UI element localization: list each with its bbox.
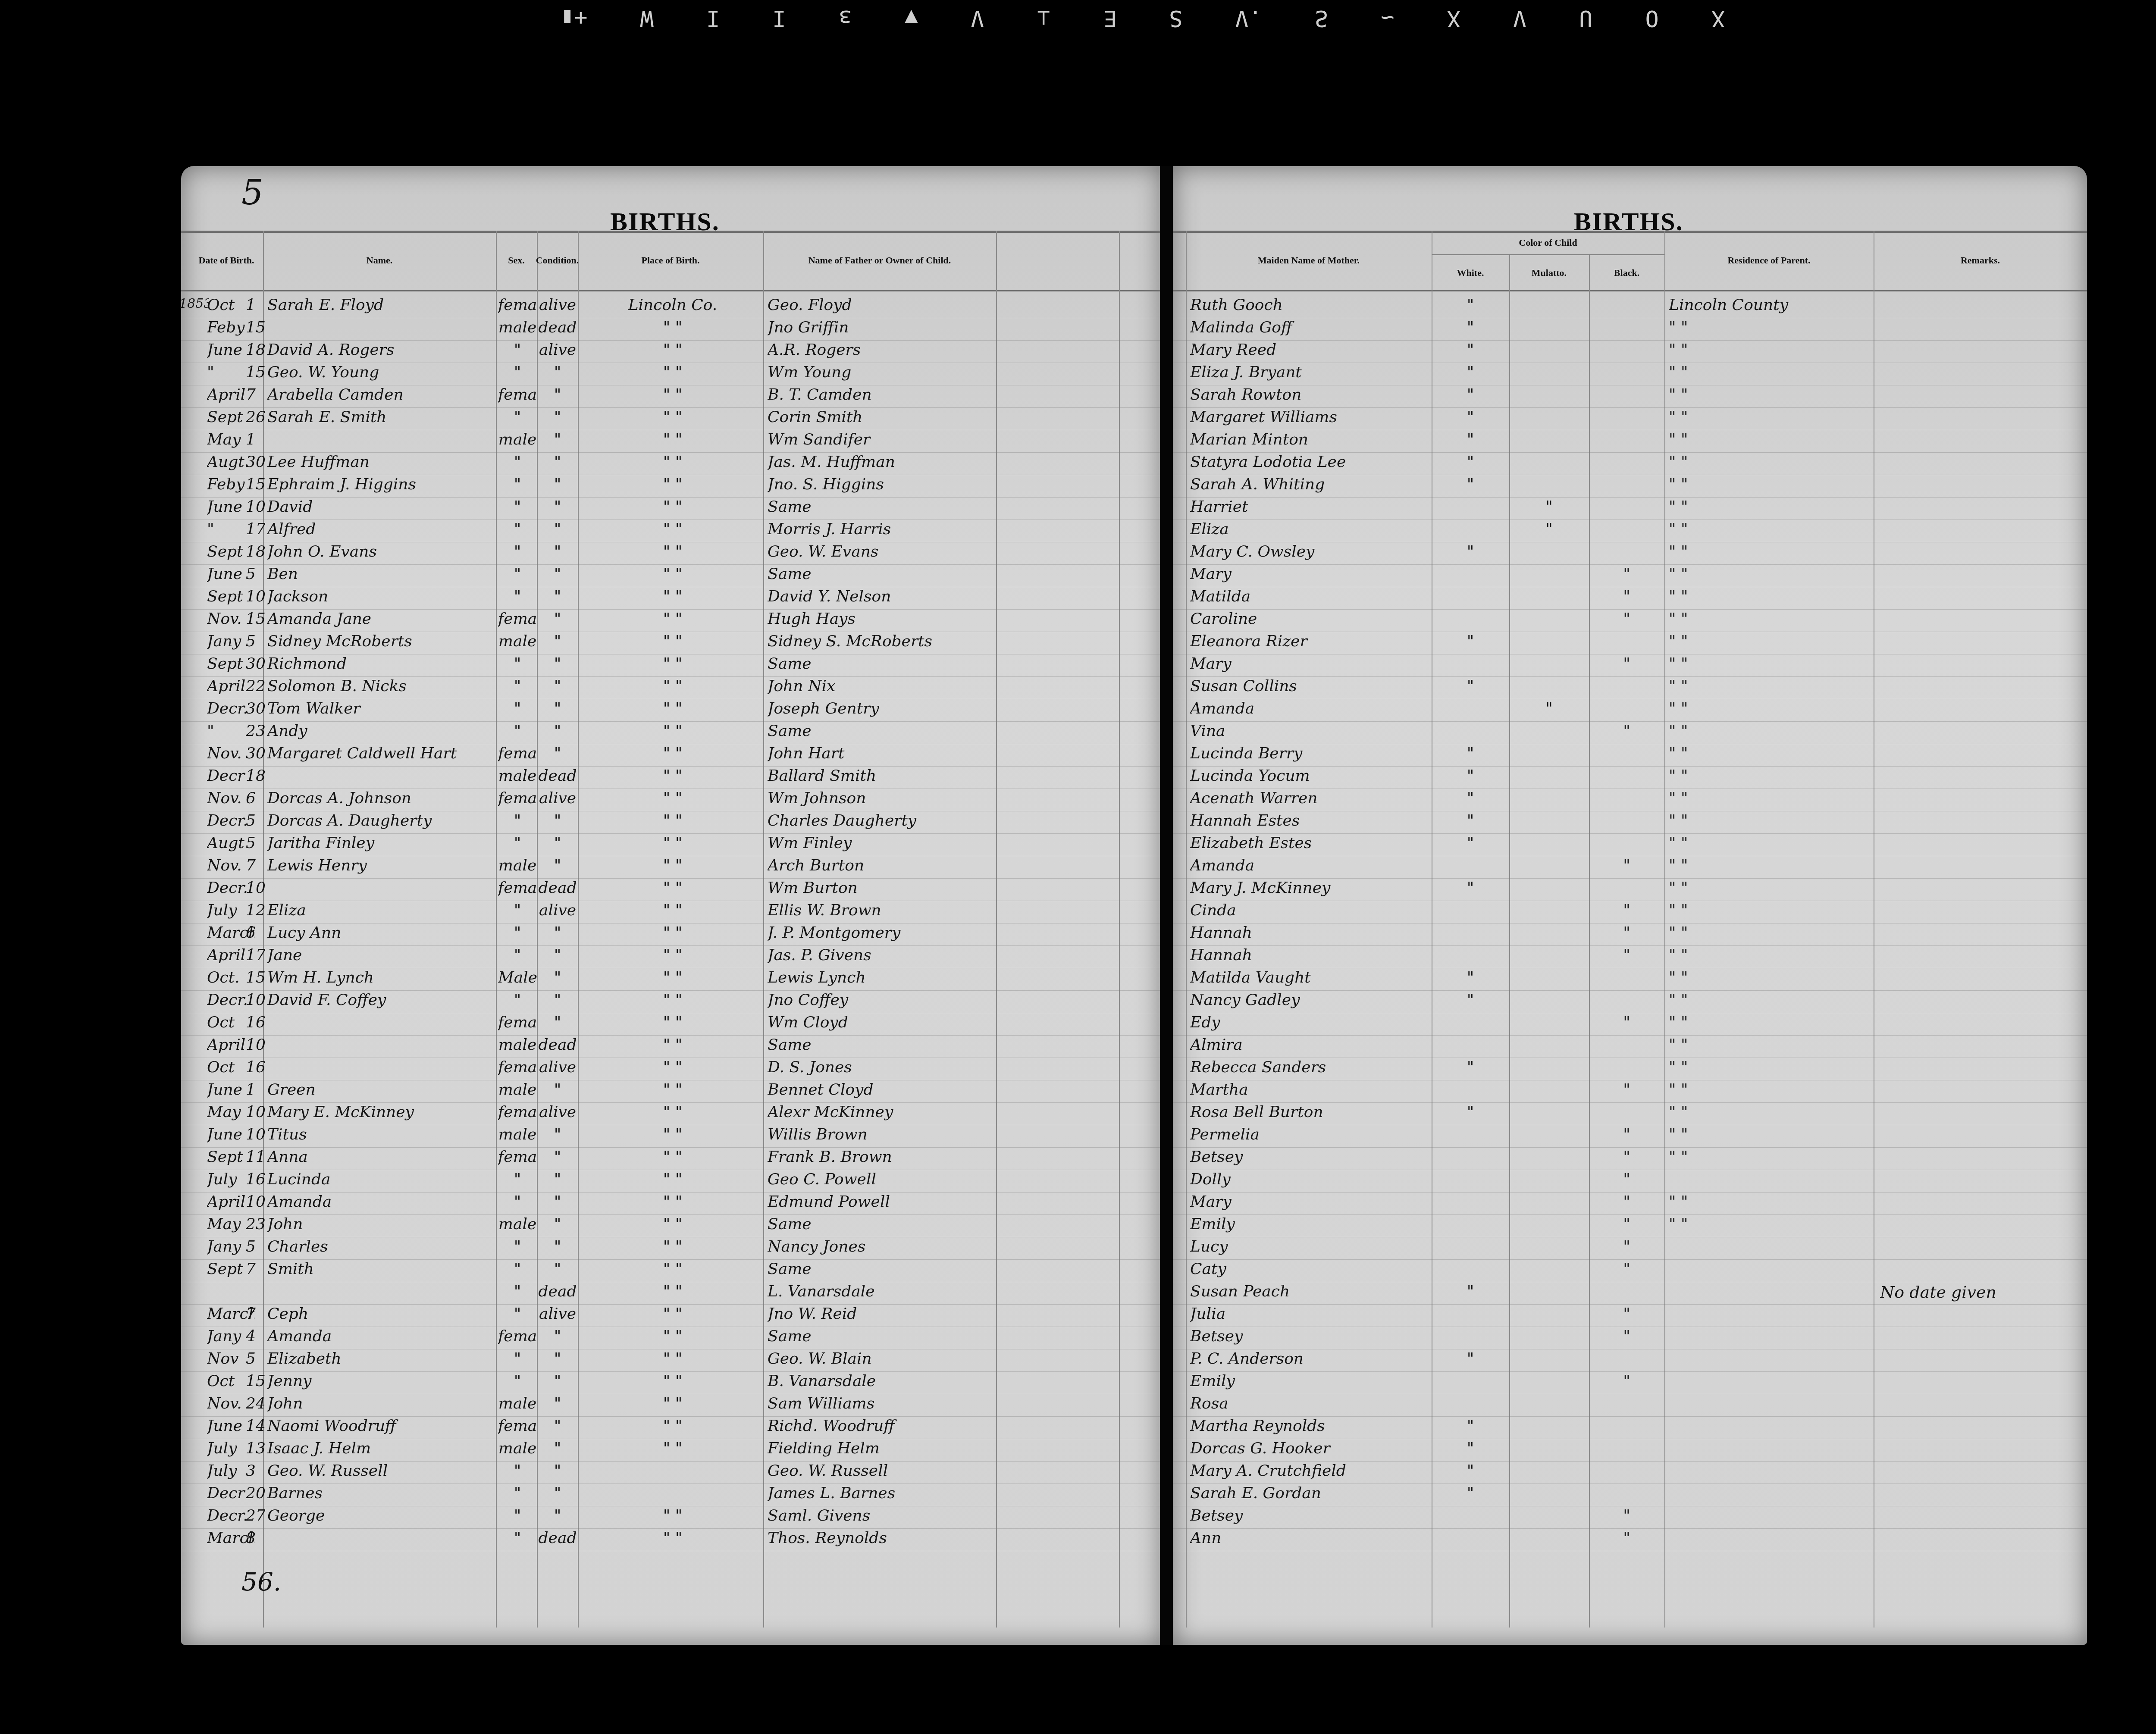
parent-residence: " " xyxy=(1669,834,1871,852)
color-black: " xyxy=(1589,565,1664,583)
color-black: " xyxy=(1589,588,1664,605)
child-sex: " xyxy=(498,655,537,673)
register-row: Hannah"" " xyxy=(1173,945,2087,968)
birth-day: 15 xyxy=(246,363,265,381)
birth-day: 10 xyxy=(246,879,265,897)
register-row: Caroline"" " xyxy=(1173,609,2087,632)
register-row: 1853Oct1Sarah E. FloydfemalealiveLincoln… xyxy=(181,295,1162,318)
parent-residence: " " xyxy=(1669,1126,1871,1143)
register-row: Amanda"" " xyxy=(1173,856,2087,879)
child-name: Smith xyxy=(267,1260,494,1278)
child-name: Wm H. Lynch xyxy=(267,969,494,986)
color-white: " xyxy=(1432,879,1509,897)
father-name: L. Vanarsdale xyxy=(768,1283,996,1300)
parent-residence: " " xyxy=(1669,498,1871,516)
register-row: Sept7Smith""" "Same xyxy=(181,1259,1162,1282)
child-condition: " xyxy=(538,565,577,583)
child-name: Ceph xyxy=(267,1305,494,1323)
register-row: June18David A. Rogers"alive" "A.R. Roger… xyxy=(181,340,1162,363)
register-row: Emily"" " xyxy=(1173,1214,2087,1237)
child-sex: " xyxy=(498,453,537,471)
register-row: Nov5Elizabeth""" "Geo. W. Blain xyxy=(181,1349,1162,1372)
birth-day: 7 xyxy=(246,386,265,404)
parent-residence: " " xyxy=(1669,341,1871,359)
father-name: John Nix xyxy=(768,677,996,695)
child-name: Titus xyxy=(267,1126,494,1143)
child-name: Richmond xyxy=(267,655,494,673)
father-name: Arch Burton xyxy=(768,857,996,874)
child-name: Margaret Caldwell Hart xyxy=(267,745,494,762)
mother-maiden-name: Martha Reynolds xyxy=(1190,1417,1432,1435)
register-row: Ann" xyxy=(1173,1528,2087,1551)
child-sex: " xyxy=(498,408,537,426)
birth-day: 17 xyxy=(246,520,265,538)
birth-day: 6 xyxy=(246,924,265,942)
register-row: Jany5Charles""" "Nancy Jones xyxy=(181,1237,1162,1260)
child-name: Jackson xyxy=(267,588,494,605)
child-condition: alive xyxy=(538,296,577,314)
parent-residence: " " xyxy=(1669,386,1871,404)
mother-maiden-name: Mary xyxy=(1190,565,1432,583)
child-name: Dorcas A. Johnson xyxy=(267,789,494,807)
register-row: June10Titusmale"" "Willis Brown xyxy=(181,1125,1162,1148)
child-sex: male xyxy=(498,431,537,448)
register-row: Sarah A. Whiting"" " xyxy=(1173,475,2087,498)
register-row: Dolly" xyxy=(1173,1170,2087,1193)
mother-maiden-name: Julia xyxy=(1190,1305,1432,1323)
mother-maiden-name: Eliza J. Bryant xyxy=(1190,363,1432,381)
film-mark-glyph: ~ xyxy=(1381,5,1394,31)
child-name: Dorcas A. Daugherty xyxy=(267,812,494,829)
mother-maiden-name: Mary xyxy=(1190,1193,1432,1211)
parent-residence: " " xyxy=(1669,476,1871,493)
register-row: Nancy Gadley"" " xyxy=(1173,990,2087,1013)
register-row: Rosa xyxy=(1173,1394,2087,1417)
child-sex: female xyxy=(498,386,537,404)
mother-maiden-name: Margaret Williams xyxy=(1190,408,1432,426)
register-row: March8"dead" "Thos. Reynolds xyxy=(181,1528,1162,1551)
color-white: " xyxy=(1432,812,1509,829)
mother-maiden-name: Nancy Gadley xyxy=(1190,991,1432,1009)
register-row: Almira" " xyxy=(1173,1035,2087,1058)
birth-place: " " xyxy=(586,453,759,471)
color-white: " xyxy=(1432,1058,1509,1076)
child-sex: " xyxy=(498,588,537,605)
mother-maiden-name: Susan Collins xyxy=(1190,677,1432,695)
child-name: Barnes xyxy=(267,1484,494,1502)
column-header-condition: Condition. xyxy=(537,231,578,290)
father-name: Lewis Lynch xyxy=(768,969,996,986)
register-row: Susan Collins"" " xyxy=(1173,676,2087,699)
birth-place: " " xyxy=(586,1126,759,1143)
parent-residence: " " xyxy=(1669,655,1871,673)
birth-place: " " xyxy=(586,1283,759,1300)
child-sex: female xyxy=(498,745,537,762)
birth-day: 5 xyxy=(246,632,265,650)
color-white: " xyxy=(1432,1350,1509,1368)
parent-residence: " " xyxy=(1669,1103,1871,1121)
child-sex: male xyxy=(498,1395,537,1412)
parent-residence: " " xyxy=(1669,543,1871,560)
register-row: Edy"" " xyxy=(1173,1013,2087,1036)
register-row: Hannah"" " xyxy=(1173,923,2087,946)
film-mark-glyph: W xyxy=(640,5,654,31)
child-name: Sarah E. Smith xyxy=(267,408,494,426)
father-name: Fielding Helm xyxy=(768,1440,996,1457)
child-name: Lucy Ann xyxy=(267,924,494,942)
child-name: David F. Coffey xyxy=(267,991,494,1009)
register-row: Decr18maledead" "Ballard Smith xyxy=(181,766,1162,789)
child-sex: " xyxy=(498,1529,537,1547)
color-white: " xyxy=(1432,386,1509,404)
child-sex: female xyxy=(498,1014,537,1031)
parent-residence: " " xyxy=(1669,1058,1871,1076)
mother-maiden-name: Permelia xyxy=(1190,1126,1432,1143)
child-sex: " xyxy=(498,700,537,717)
child-condition: " xyxy=(538,1440,577,1457)
child-condition: " xyxy=(538,1462,577,1480)
register-row: Emily" xyxy=(1173,1371,2087,1394)
birth-day: 1 xyxy=(246,431,265,448)
birth-place: " " xyxy=(586,543,759,560)
birth-place: " " xyxy=(586,1417,759,1435)
mother-maiden-name: Rosa Bell Burton xyxy=(1190,1103,1432,1121)
color-white: " xyxy=(1432,319,1509,336)
color-white: " xyxy=(1432,1484,1509,1502)
color-black: " xyxy=(1589,1238,1664,1255)
child-name: John O. Evans xyxy=(267,543,494,560)
father-name: B. T. Camden xyxy=(768,386,996,404)
register-row: Eleanora Rizer"" " xyxy=(1173,632,2087,654)
child-condition: " xyxy=(538,924,577,942)
parent-residence: " " xyxy=(1669,901,1871,919)
birth-day: 8 xyxy=(246,1529,265,1547)
child-condition: " xyxy=(538,1014,577,1031)
child-name: Naomi Woodruff xyxy=(267,1417,494,1435)
birth-day: 15 xyxy=(246,969,265,986)
birth-day: 10 xyxy=(246,1126,265,1143)
father-name: Same xyxy=(768,498,996,516)
child-condition: dead xyxy=(538,767,577,785)
parent-residence: " " xyxy=(1669,812,1871,829)
father-name: Same xyxy=(768,1260,996,1278)
right-register-page: BIRTHS. Maiden Name of Mother. Color of … xyxy=(1173,166,2087,1645)
register-row: Mary"" " xyxy=(1173,564,2087,587)
birth-place: " " xyxy=(586,879,759,897)
father-name: Morris J. Harris xyxy=(768,520,996,538)
color-white: " xyxy=(1432,991,1509,1009)
birth-place: " " xyxy=(586,632,759,650)
father-name: Jno. S. Higgins xyxy=(768,476,996,493)
column-header-remarks: Remarks. xyxy=(1874,231,2087,290)
register-row: P. C. Anderson" xyxy=(1173,1349,2087,1372)
page-corner-number: 5 xyxy=(241,172,263,213)
birth-day: 20 xyxy=(246,1484,265,1502)
birth-day: 15 xyxy=(246,1372,265,1390)
child-sex: " xyxy=(498,924,537,942)
child-condition: " xyxy=(538,1215,577,1233)
child-sex: female xyxy=(498,296,537,314)
header-bottom-rule xyxy=(1173,290,2087,291)
register-row: Sept10Jackson""" "David Y. Nelson xyxy=(181,587,1162,610)
birth-day: 18 xyxy=(246,341,265,359)
child-condition: " xyxy=(538,520,577,538)
birth-place: " " xyxy=(586,1350,759,1368)
parent-residence: " " xyxy=(1669,991,1871,1009)
birth-place: " " xyxy=(586,1305,759,1323)
birth-place: " " xyxy=(586,1081,759,1099)
color-white: " xyxy=(1432,677,1509,695)
father-name: Same xyxy=(768,565,996,583)
register-row: Nov.15Amanda Janefemale"" "Hugh Hays xyxy=(181,609,1162,632)
register-row: Mary A. Crutchfield" xyxy=(1173,1461,2087,1484)
child-sex: male xyxy=(498,767,537,785)
child-name: David A. Rogers xyxy=(267,341,494,359)
child-name: Amanda Jane xyxy=(267,610,494,628)
birth-day: 1 xyxy=(246,1081,265,1099)
mother-maiden-name: Mary J. McKinney xyxy=(1190,879,1432,897)
birth-place: " " xyxy=(586,363,759,381)
child-condition: " xyxy=(538,834,577,852)
child-sex: female xyxy=(498,610,537,628)
mother-maiden-name: Eliza xyxy=(1190,520,1432,538)
birth-place: " " xyxy=(586,610,759,628)
child-condition: " xyxy=(538,1350,577,1368)
child-name: Jaritha Finley xyxy=(267,834,494,852)
child-sex: " xyxy=(498,1305,537,1323)
register-row: Martha"" " xyxy=(1173,1080,2087,1103)
birth-place: " " xyxy=(586,722,759,740)
birth-day: 15 xyxy=(246,319,265,336)
child-sex: male xyxy=(498,1126,537,1143)
child-name: George xyxy=(267,1507,494,1524)
register-row: June10David""" "Same xyxy=(181,497,1162,520)
birth-place: " " xyxy=(586,1395,759,1412)
child-sex: " xyxy=(498,476,537,493)
mother-maiden-name: Caroline xyxy=(1190,610,1432,628)
child-sex: male xyxy=(498,1036,537,1054)
color-white: " xyxy=(1432,1283,1509,1300)
birth-day: 5 xyxy=(246,812,265,829)
father-name: Wm Young xyxy=(768,363,996,381)
birth-place: " " xyxy=(586,1014,759,1031)
mother-maiden-name: Lucy xyxy=(1190,1238,1432,1255)
father-name: Sidney S. McRoberts xyxy=(768,632,996,650)
color-black: " xyxy=(1589,722,1664,740)
register-row: Caty" xyxy=(1173,1259,2087,1282)
register-row: Rebecca Sanders"" " xyxy=(1173,1058,2087,1080)
register-row: Mary J. McKinney"" " xyxy=(1173,878,2087,901)
birth-day: 23 xyxy=(246,1215,265,1233)
film-mark-glyph: Ǝ xyxy=(1103,5,1116,31)
birth-day: 12 xyxy=(246,901,265,919)
father-name: Jno Griffin xyxy=(768,319,996,336)
register-row: Lucinda Yocum"" " xyxy=(1173,766,2087,789)
father-name: Frank B. Brown xyxy=(768,1148,996,1166)
mother-maiden-name: Cinda xyxy=(1190,901,1432,919)
register-row: Betsey" xyxy=(1173,1327,2087,1349)
father-name: Same xyxy=(768,1036,996,1054)
mother-maiden-name: Almira xyxy=(1190,1036,1432,1054)
birth-place: " " xyxy=(586,655,759,673)
child-condition: " xyxy=(538,677,577,695)
birth-day: 16 xyxy=(246,1014,265,1031)
birth-place: " " xyxy=(586,341,759,359)
register-row: Decr.10David F. Coffey""" "Jno Coffey xyxy=(181,990,1162,1013)
color-white: " xyxy=(1432,1103,1509,1121)
birth-place: " " xyxy=(586,924,759,942)
father-name: D. S. Jones xyxy=(768,1058,996,1076)
color-white: " xyxy=(1432,543,1509,560)
birth-place: " " xyxy=(586,1103,759,1121)
register-row: Oct.15Wm H. LynchMale"" "Lewis Lynch xyxy=(181,968,1162,991)
mother-maiden-name: Caty xyxy=(1190,1260,1432,1278)
register-row: Decr.30Tom Walker""" "Joseph Gentry xyxy=(181,699,1162,722)
mother-maiden-name: Hannah Estes xyxy=(1190,812,1432,829)
child-name: Andy xyxy=(267,722,494,740)
child-sex: male xyxy=(498,632,537,650)
register-row: Susan Peach"No date given xyxy=(1173,1282,2087,1305)
child-name: Amanda xyxy=(267,1327,494,1345)
child-name: Jenny xyxy=(267,1372,494,1390)
register-row: Matilda"" " xyxy=(1173,587,2087,610)
child-sex: male xyxy=(498,857,537,874)
child-name: Alfred xyxy=(267,520,494,538)
color-black: " xyxy=(1589,1507,1664,1524)
parent-residence: " " xyxy=(1669,1148,1871,1166)
mother-maiden-name: Vina xyxy=(1190,722,1432,740)
color-black: " xyxy=(1589,1171,1664,1188)
parent-residence: " " xyxy=(1669,722,1871,740)
register-row: Betsey" xyxy=(1173,1506,2087,1529)
column-header-residence: Residence of Parent. xyxy=(1664,231,1874,290)
birth-place: " " xyxy=(586,431,759,448)
mother-maiden-name: Mary C. Owsley xyxy=(1190,543,1432,560)
child-name: Solomon B. Nicks xyxy=(267,677,494,695)
child-sex: " xyxy=(498,946,537,964)
birth-place: " " xyxy=(586,1193,759,1211)
film-mark-glyph: I xyxy=(706,5,720,31)
child-condition: " xyxy=(538,632,577,650)
register-row: Elizabeth Estes"" " xyxy=(1173,833,2087,856)
register-row: Sept26Sarah E. Smith""" "Corin Smith xyxy=(181,407,1162,430)
register-row: June5Ben""" "Same xyxy=(181,564,1162,587)
birth-place: " " xyxy=(586,901,759,919)
child-condition: " xyxy=(538,1372,577,1390)
column-header-place: Place of Birth. xyxy=(578,231,763,290)
birth-place: " " xyxy=(586,1036,759,1054)
register-row: Decr20Barnes""James L. Barnes xyxy=(181,1484,1162,1506)
register-row: Statyra Lodotia Lee"" " xyxy=(1173,452,2087,475)
register-row: Sept30Richmond""" "Same xyxy=(181,654,1162,677)
film-mark-glyph: O xyxy=(1645,5,1658,31)
child-condition: " xyxy=(538,408,577,426)
child-sex: " xyxy=(498,341,537,359)
register-row: July16Lucinda""" "Geo C. Powell xyxy=(181,1170,1162,1193)
child-condition: " xyxy=(538,991,577,1009)
birth-place: " " xyxy=(586,498,759,516)
birth-day: 10 xyxy=(246,498,265,516)
color-white: " xyxy=(1432,1462,1509,1480)
birth-place: " " xyxy=(586,812,759,829)
father-name: Ballard Smith xyxy=(768,767,996,785)
child-condition: " xyxy=(538,543,577,560)
header-bottom-rule xyxy=(181,290,1162,291)
birth-place: " " xyxy=(586,1058,759,1076)
father-name: Wm Sandifer xyxy=(768,431,996,448)
child-condition: " xyxy=(538,946,577,964)
child-sex: " xyxy=(498,1484,537,1502)
birth-place: " " xyxy=(586,789,759,807)
register-row: Oct16female"" "Wm Cloyd xyxy=(181,1013,1162,1036)
color-white: " xyxy=(1432,453,1509,471)
mother-maiden-name: Matilda Vaught xyxy=(1190,969,1432,986)
birth-place: " " xyxy=(586,677,759,695)
color-white: " xyxy=(1432,431,1509,448)
birth-place: " " xyxy=(586,408,759,426)
birth-place: " " xyxy=(586,767,759,785)
birth-day: 15 xyxy=(246,610,265,628)
register-row: "15Geo. W. Young""" "Wm Young xyxy=(181,363,1162,385)
color-black: " xyxy=(1589,946,1664,964)
child-name: Ephraim J. Higgins xyxy=(267,476,494,493)
film-mark-glyph: V xyxy=(1513,5,1526,31)
child-condition: " xyxy=(538,588,577,605)
child-name: Ben xyxy=(267,565,494,583)
birth-place: " " xyxy=(586,857,759,874)
birth-place: " " xyxy=(586,1327,759,1345)
color-black: " xyxy=(1589,857,1664,874)
parent-residence: " " xyxy=(1669,408,1871,426)
mother-maiden-name: Malinda Goff xyxy=(1190,319,1432,336)
mother-maiden-name: Martha xyxy=(1190,1081,1432,1099)
register-row: April10maledead" "Same xyxy=(181,1035,1162,1058)
film-mark-glyph: U xyxy=(1579,5,1592,31)
child-condition: " xyxy=(538,1238,577,1255)
father-name: Hugh Hays xyxy=(768,610,996,628)
column-header-mother: Maiden Name of Mother. xyxy=(1186,231,1432,290)
column-header-white: White. xyxy=(1432,255,1509,290)
color-white: " xyxy=(1432,296,1509,314)
birth-place: " " xyxy=(586,700,759,717)
register-row: Eliza"" " xyxy=(1173,520,2087,542)
mother-maiden-name: Dolly xyxy=(1190,1171,1432,1188)
mother-maiden-name: Hannah xyxy=(1190,946,1432,964)
register-row: Augt.30Lee Huffman""" "Jas. M. Huffman xyxy=(181,452,1162,475)
register-row: Mary C. Owsley"" " xyxy=(1173,542,2087,565)
child-condition: " xyxy=(538,1507,577,1524)
child-condition: " xyxy=(538,1395,577,1412)
father-name: Joseph Gentry xyxy=(768,700,996,717)
color-black: " xyxy=(1589,1014,1664,1031)
father-name: Charles Daugherty xyxy=(768,812,996,829)
parent-residence: " " xyxy=(1669,1215,1871,1233)
column-header-father: Name of Father or Owner of Child. xyxy=(763,231,996,290)
color-white: " xyxy=(1432,341,1509,359)
child-sex: " xyxy=(498,363,537,381)
child-name: John xyxy=(267,1215,494,1233)
parent-residence: " " xyxy=(1669,610,1871,628)
father-name: Geo. Floyd xyxy=(768,296,996,314)
register-row: March7Ceph"alive" "Jno W. Reid xyxy=(181,1304,1162,1327)
child-condition: " xyxy=(538,453,577,471)
parent-residence: " " xyxy=(1669,924,1871,942)
color-black: " xyxy=(1589,901,1664,919)
film-mark-glyph: ɛ xyxy=(839,5,852,31)
register-row: Martha Reynolds" xyxy=(1173,1416,2087,1439)
film-mark-glyph: X xyxy=(1711,5,1725,31)
child-name: Sidney McRoberts xyxy=(267,632,494,650)
